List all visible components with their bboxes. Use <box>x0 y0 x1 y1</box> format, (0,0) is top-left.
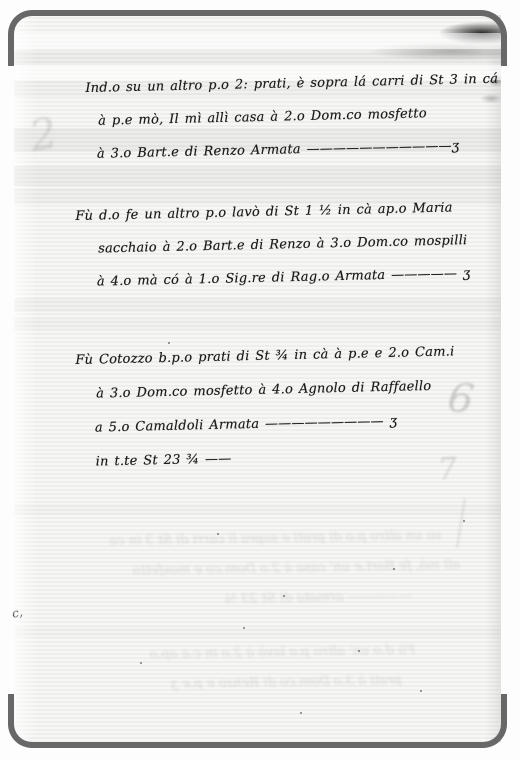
ink-speck <box>243 627 245 629</box>
ink-speck <box>393 568 395 570</box>
ink-speck <box>140 662 142 664</box>
scan-frame-top <box>8 10 507 66</box>
ink-speck <box>420 690 422 692</box>
ink-speck <box>463 520 465 522</box>
scan-streak <box>14 504 501 515</box>
ink-speck <box>358 650 360 652</box>
ink-speck <box>283 595 285 597</box>
ink-speck <box>217 533 219 535</box>
ink-speck <box>168 342 170 344</box>
scan-streak <box>14 627 501 637</box>
manuscript-entry-1: Ind.o su un altro p.o 2: prati, è sopra … <box>85 63 500 171</box>
scan-streak <box>14 318 501 330</box>
manuscript-entry-3: Fù Cotozzo b.p.o prati di St ¾ in cà à p… <box>75 335 457 480</box>
bleedthrough-line: ————— armata di St 23 ¾ <box>110 582 413 617</box>
scan-frame-bottom <box>8 694 507 748</box>
bleedthrough-line: Fù d.o un' altro p.o lavò à 2.o in c.a a… <box>149 636 415 671</box>
bleedthrough-group-b: Fù d.o un' altro p.o lavò à 2.o in c.a a… <box>149 636 416 701</box>
scanned-manuscript-page: Ind.o su un altro p.o 2: prati, è sopra … <box>0 0 520 760</box>
manuscript-entry-2: Fù d.o fe un altro p.o lavò di St 1 ½ in… <box>75 191 471 299</box>
scan-streak <box>14 298 501 312</box>
